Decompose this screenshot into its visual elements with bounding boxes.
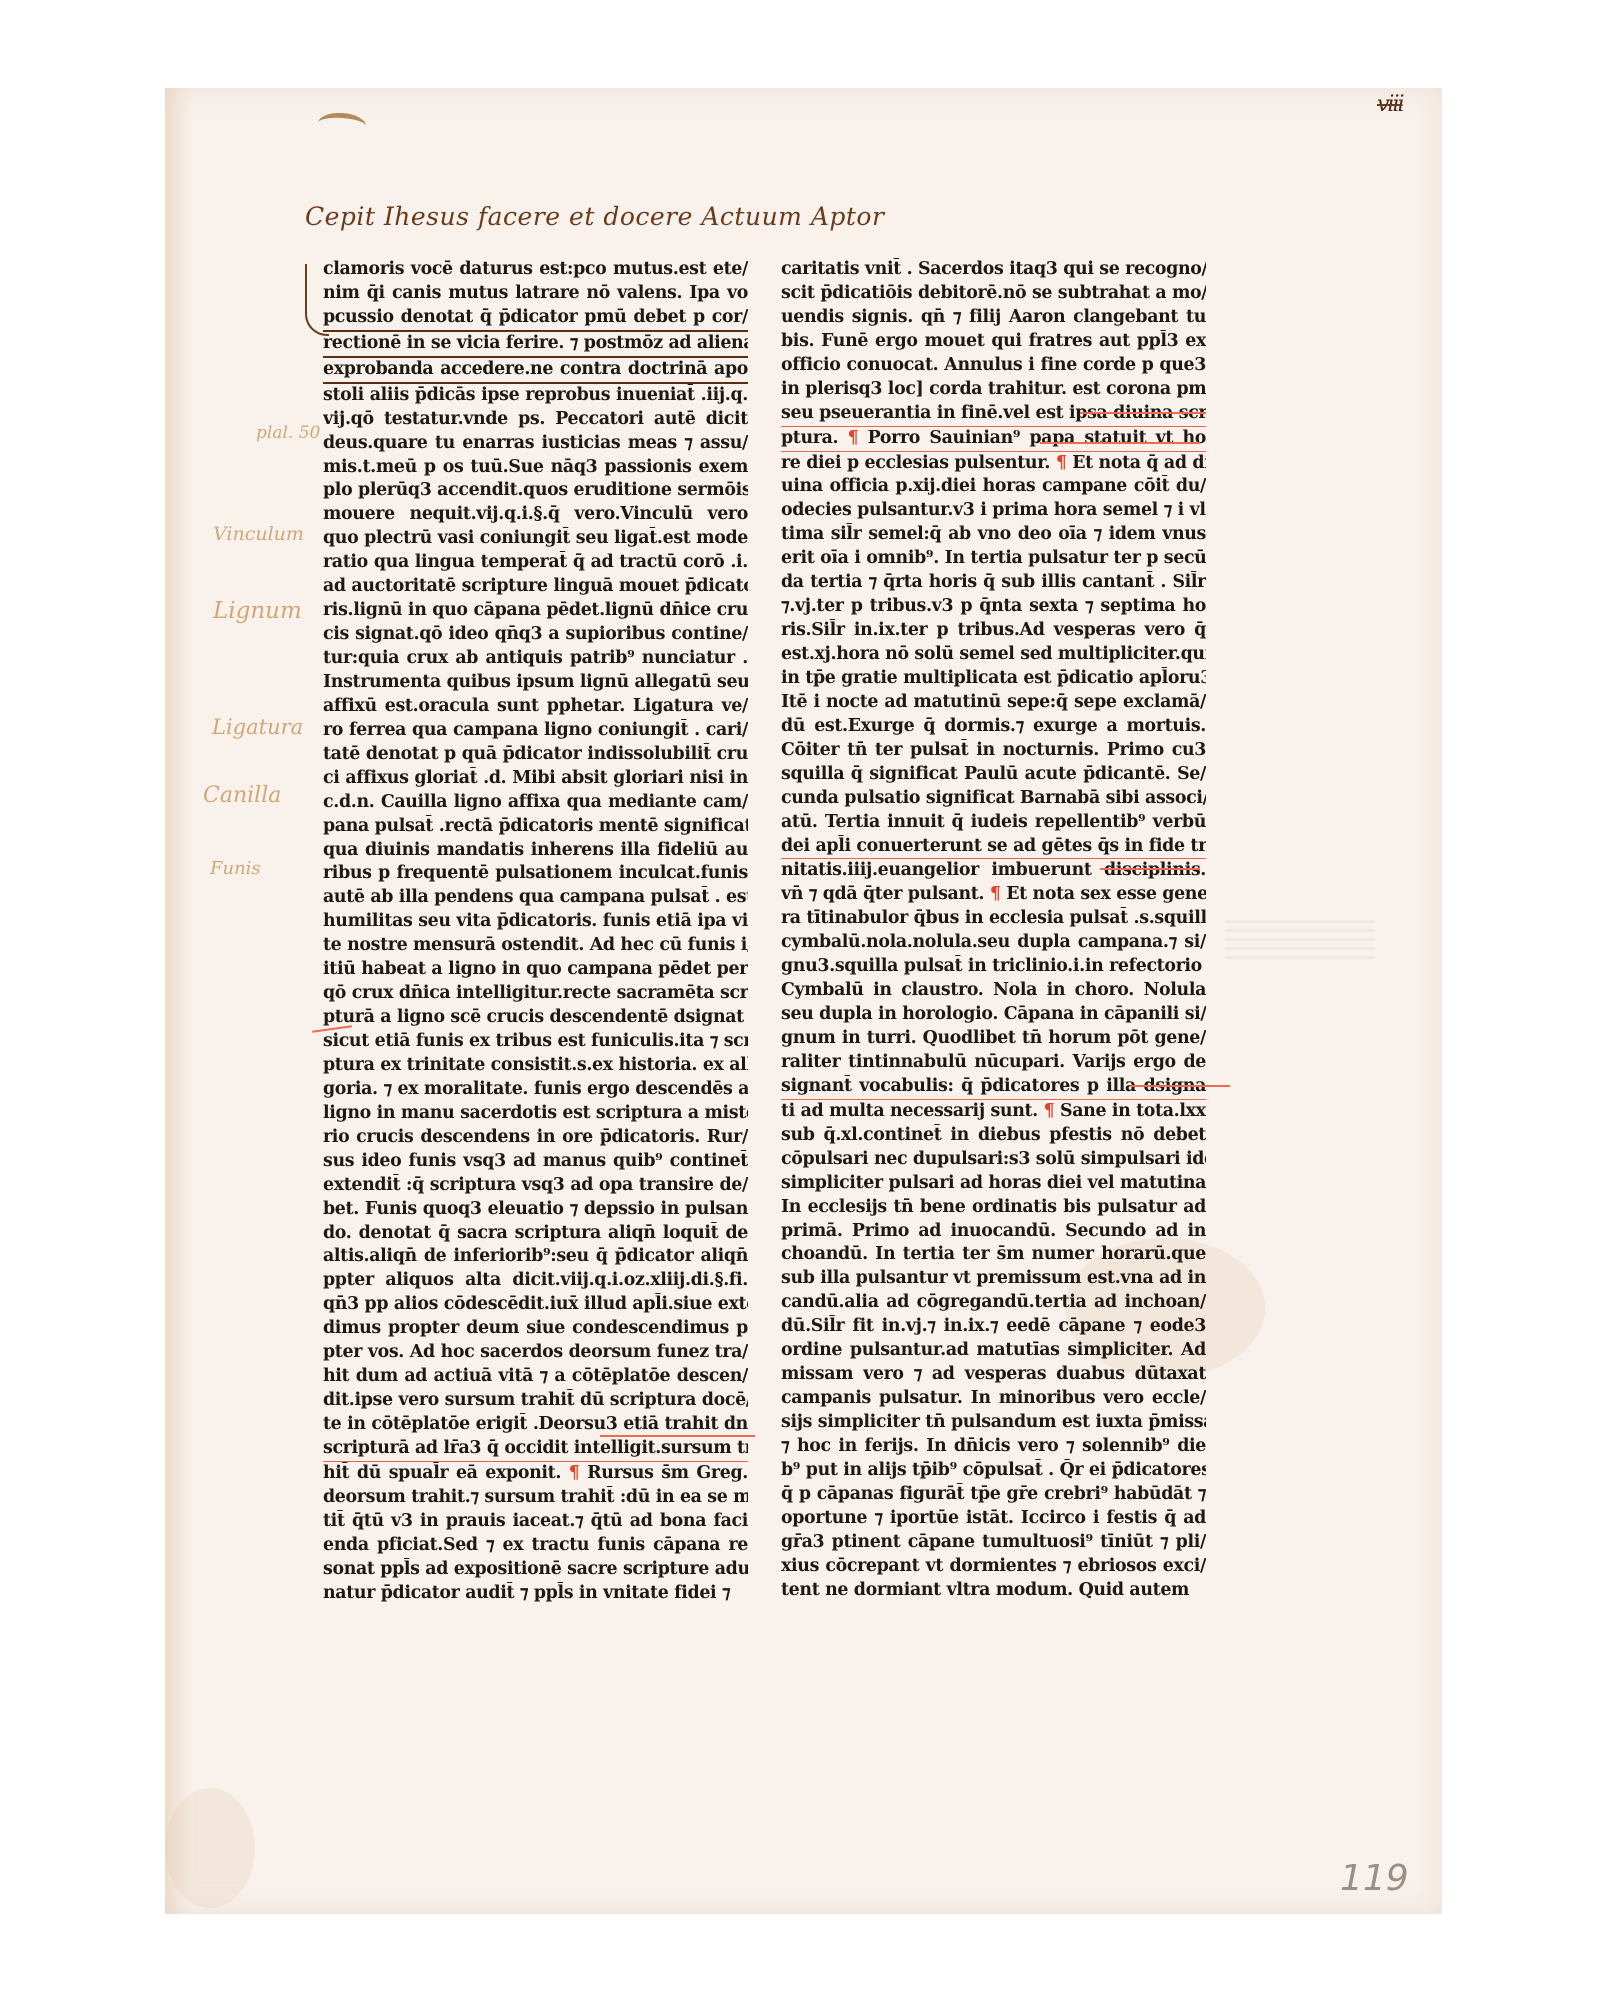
pilcrow-rubric: ¶: [848, 428, 859, 448]
text-line: extendit̄ :q̄ scriptura vsq3 ad opa tran…: [323, 1174, 748, 1198]
text-line: odecies pulsantur.v3 i prima hora semel …: [781, 499, 1206, 523]
text-column-right: caritatis vnit̄ . Sacerdos itaq3 qui se …: [781, 258, 1206, 1603]
text-line: tur:quia crux ab antiquis patrib⁹ nuncia…: [323, 647, 748, 671]
text-line: est.xj.hora nō solū semel sed multiplici…: [781, 643, 1206, 667]
text-line: simpliciter pulsari ad horas diei vel ma…: [781, 1172, 1206, 1196]
text-line: primā. Primo ad inuocandū. Secundo ad in: [781, 1220, 1206, 1244]
text-line: sijs simpliciter tn̄ pulsandum est iuxta…: [781, 1411, 1206, 1435]
text-line: ⁊ hoc in ferijs. In dn̄icis vero ⁊ solen…: [781, 1435, 1206, 1459]
text-line: da tertia ⁊ q̄rta horis q̄ sub illis can…: [781, 571, 1206, 595]
text-line: ratio qua lingua temperat̄ q̄ ad tractū …: [323, 551, 748, 575]
text-line: ribus p frequentē pulsationem inculcat.f…: [323, 862, 748, 886]
text-line: candū.alia ad cōgregandū.tertia ad incho…: [781, 1291, 1206, 1315]
text-line: qua diuinis mandatis inherens illa fidel…: [323, 839, 748, 863]
text-line: pturā a ligno scē crucis descendentē dsi…: [323, 1006, 748, 1030]
text-line: erit oīa i omnib⁹. In tertia pulsatur te…: [781, 547, 1206, 571]
text-line: dimus propter deum siue condescendimus p: [323, 1317, 748, 1341]
text-line: cōpulsari nec dupulsari:s3 solū simpulsa…: [781, 1148, 1206, 1172]
text-line: cis signat.qō ideo qn̄q3 a supioribus co…: [323, 623, 748, 647]
text-line: sus ideo funis vsq3 ad manus quib⁹ conti…: [323, 1150, 748, 1174]
text-line: missam vero ⁊ ad vesperas duabus dūtaxat: [781, 1363, 1206, 1387]
text-line: re diei p ecclesias pulsentur. ¶ Et nota…: [781, 452, 1206, 476]
text-line: ris.lignū in quo cāpana pēdet.lignū dn̄i…: [323, 599, 748, 623]
text-line: xius cōcrepant vt dormientes ⁊ ebriosos …: [781, 1555, 1206, 1579]
text-line: mis.t.meū p os tuū.Sue nāq3 passionis ex…: [323, 456, 748, 480]
text-line: ptura ex trinitate consistit.s.ex histor…: [323, 1054, 748, 1078]
margin-note: Canilla: [203, 783, 281, 808]
folio-number-bottom: 119: [1340, 1858, 1409, 1899]
text-line: ⁊.vj.ter p tribus.v3 p q̄nta sexta ⁊ sep…: [781, 595, 1206, 619]
text-line: scripturā ad lr̄a3 q̄ occidit intelligit…: [323, 1437, 748, 1462]
text-line: squilla q̄ significat Paulū acute p̄dica…: [781, 763, 1206, 787]
text-line: choandū. In tertia ter s̄m numer horarū.…: [781, 1243, 1206, 1267]
text-line: tima sil̄r semel:q̄ ab vno deo oīa ⁊ ide…: [781, 523, 1206, 547]
text-line: officio conuocat. Annulus i fine corde p…: [781, 354, 1206, 378]
text-line: ordine pulsantur.ad matutīas simpliciter…: [781, 1339, 1206, 1363]
text-line: tit̄ q̄tū v3 in prauis iaceat.⁊ q̄tū ad …: [323, 1510, 748, 1534]
margin-note: Funis: [210, 858, 261, 879]
rubric-rule: [1080, 412, 1206, 414]
rubric-rule: [1040, 442, 1200, 444]
text-line: pcussio denotat q̄ p̄dicator pmū debet p…: [323, 306, 748, 332]
text-line: clamoris vocē daturus est:pco mutus.est …: [323, 258, 748, 282]
text-line: ptura. ¶ Porro Sauinian⁹ papa statuit vt…: [781, 427, 1206, 452]
text-line: bet. Funis quoq3 eleuatio ⁊ depssio in p…: [323, 1198, 748, 1222]
text-line: goria. ⁊ ex moralitate. funis ergo desce…: [323, 1078, 748, 1102]
text-line: in tp̄e gratie multiplicata est p̄dicati…: [781, 667, 1206, 691]
text-line: dū.Sil̄r fit in.vj.⁊ in.ix.⁊ eedē cāpane…: [781, 1315, 1206, 1339]
text-line: Itē i nocte ad matutinū sepe:q̄ sepe exc…: [781, 691, 1206, 715]
rubric-rule: [1100, 868, 1200, 870]
text-line: hit̄ dū spual̄r eā exponit. ¶ Rursus s̄m…: [323, 1462, 748, 1486]
text-line: dū est.Exurge q̄ dormis.⁊ exurge a mortu…: [781, 715, 1206, 739]
text-line: uina officia p.xij.diei horas campane cō…: [781, 475, 1206, 499]
text-line: gnum in turri. Quodlibet tn̄ horum pōt g…: [781, 1027, 1206, 1051]
text-line: ra tītinabulor q̄bus in ecclesia pulsat̄…: [781, 907, 1206, 931]
text-line: autē ab illa pendens qua campana pulsat̄…: [323, 886, 748, 910]
text-line: quo plectrū vasi coniungit̄ seu ligat̄.e…: [323, 527, 748, 551]
text-line: ro ferrea qua campana ligno coniungit̄ .…: [323, 719, 748, 743]
text-line: nim q̄i canis mutus latrare nō valens. I…: [323, 282, 748, 306]
text-line: altis.aliqn̄ de inferiorib⁹:seu q̄ p̄dic…: [323, 1245, 748, 1269]
text-line: sicut etiā funis ex tribus est funiculis…: [323, 1030, 748, 1054]
text-line: natur p̄dicator audit̄ ⁊ ppl̄s in vnitat…: [323, 1582, 748, 1606]
text-line: te nostre mensurā ostendit. Ad hec cū fu…: [323, 934, 748, 958]
text-line: exprobanda accedere.ne contra doctrinā a…: [323, 358, 748, 384]
text-line: In ecclesijs tn̄ bene ordinatis bis puls…: [781, 1196, 1206, 1220]
text-line: dei apl̄i conuerterunt se ad gētes q̄s i…: [781, 835, 1206, 860]
margin-note: plal. 50: [256, 423, 320, 443]
text-line: deorsum trahit.⁊ sursum trahit̄ :dū in e…: [323, 1486, 748, 1510]
text-line: sub q̄.xl.continet̄ in diebus pfestis nō…: [781, 1124, 1206, 1148]
text-line: qō crux dn̄ica intelligitur.recte sacram…: [323, 982, 748, 1006]
text-line: dit.ipse vero sursum trahit̄ dū scriptur…: [323, 1389, 748, 1413]
text-line: campanis pulsatur. In minoribus vero ecc…: [781, 1387, 1206, 1411]
text-line: tatē denotat p quā p̄dicator indissolubi…: [323, 743, 748, 767]
text-line: enda pficiat.Sed ⁊ ex tractu funis cāpan…: [323, 1534, 748, 1558]
foxing-stain: [165, 1788, 255, 1908]
text-line: in plerisq3 loc] corda trahitur. est cor…: [781, 378, 1206, 402]
text-line: itiū habeat a ligno in quo campana pēdet…: [323, 958, 748, 982]
folio-number-top: viii: [1377, 92, 1403, 117]
text-line: Cōiter tn̄ ter pulsat̄ in nocturnis. Pri…: [781, 739, 1206, 763]
text-line: hit dum ad actiuā vitā ⁊ a cōtēplatōe de…: [323, 1365, 748, 1389]
text-line: Cymbalū in claustro. Nola in choro. Nolu…: [781, 979, 1206, 1003]
text-line: te in cōtēplatōe erigit̄ .Deorsu3 etiā t…: [323, 1413, 748, 1437]
rubric-rule: [1130, 1085, 1230, 1087]
text-line: c.d.n. Cauilla ligno affixa qua mediante…: [323, 791, 748, 815]
text-line: sub illa pulsantur vt premissum est.vna …: [781, 1267, 1206, 1291]
text-line: vn̄ ⁊ qdā q̄ter pulsant. ¶ Et nota sex e…: [781, 883, 1206, 907]
text-line: vij.qō testatur.vnde ps. Peccatori autē …: [323, 408, 748, 432]
text-line: bis. Funē ergo mouet qui fratres aut ppl…: [781, 330, 1206, 354]
margin-note: Lignum: [213, 598, 302, 624]
text-line: ligno in manu sacerdotis est scriptura a…: [323, 1102, 748, 1126]
manuscript-heading: Cepit Ihesus facere et docere Actuum Apt…: [305, 202, 884, 231]
text-line: plo plerūq3 accendit.quos eruditione ser…: [323, 479, 748, 503]
pilcrow-rubric: ¶: [1056, 453, 1067, 473]
text-line: affixū est.oracula sunt pphetar. Ligatur…: [323, 695, 748, 719]
text-line: ris.Sil̄r in.ix.ter p tribus.Ad vesperas…: [781, 619, 1206, 643]
text-line: rio crucis descendens in ore p̄dicatoris…: [323, 1126, 748, 1150]
text-line: raliter tintinnabulū nūcupari. Varijs er…: [781, 1051, 1206, 1075]
text-line: b⁹ put in alijs tp̄ib⁹ cōpulsat̄ . Q̄r e…: [781, 1459, 1206, 1483]
text-line: pana pulsat̄ .rectā p̄dicatoris mentē si…: [323, 815, 748, 839]
text-line: nitatis.iiij.euangelior imbuerunt discip…: [781, 859, 1206, 883]
text-line: signant̄ vocabulis: q̄ p̄dicatores p ill…: [781, 1075, 1206, 1100]
rubric-rule: [600, 1435, 755, 1437]
text-line: rectionē in se vicia ferire. ⁊ postmōz a…: [323, 332, 748, 358]
text-line: cunda pulsatio significat Barnabā sibi a…: [781, 787, 1206, 811]
margin-note: Ligatura: [212, 715, 303, 739]
text-line: uendis signis. qn̄ ⁊ filij Aaron clangeb…: [781, 306, 1206, 330]
text-line: seu dupla in horologio. Cāpana in cāpani…: [781, 1003, 1206, 1027]
text-line: atū. Tertia innuit q̄ iudeis repellentib…: [781, 811, 1206, 835]
text-line: ad auctoritatē scripture linguā mouet p̄…: [323, 575, 748, 599]
text-line: do. denotat q̄ sacra scriptura aliqn̄ lo…: [323, 1222, 748, 1246]
text-line: oportune ⁊ iportūe istāt. Iccirco i fest…: [781, 1507, 1206, 1531]
margin-note: Vinculum: [213, 523, 304, 545]
text-line: qn̄3 pp alios cōdescēdit.iux̄ illud apl̄…: [323, 1293, 748, 1317]
text-line: caritatis vnit̄ . Sacerdos itaq3 qui se …: [781, 258, 1206, 282]
text-line: q̄ p cāpanas figurāt̄ tp̄e gr̄e crebri⁹ …: [781, 1483, 1206, 1507]
text-line: mouere nequit.vij.q.i.§.q̄ vero.Vinculū …: [323, 503, 748, 527]
text-line: seu pseuerantia in finē.vel est ipsa diu…: [781, 402, 1206, 427]
text-line: tent ne dormiant vltra modum. Quid autem: [781, 1579, 1206, 1603]
text-line: Instrumenta quibus ipsum lignū allegatū …: [323, 671, 748, 695]
pilcrow-rubric: ¶: [1044, 1101, 1055, 1121]
ink-offset: [1225, 920, 1375, 960]
text-line: sonat ppl̄s ad expositionē sacre scriptu…: [323, 1558, 748, 1582]
pilcrow-rubric: ¶: [569, 1463, 580, 1483]
pilcrow-rubric: ¶: [990, 884, 1001, 904]
text-line: cymbalū.nola.nolula.seu dupla campana.⁊ …: [781, 931, 1206, 955]
text-line: stoli aliis p̄dicās ipse reprobus inueni…: [323, 384, 748, 408]
text-line: gnu3.squilla pulsat̄ in triclinio.i.in r…: [781, 955, 1206, 979]
text-line: deus.quare tu enarras iusticias meas ⁊ a…: [323, 432, 748, 456]
text-line: scit p̄dicatiōis debitorē.nō se subtraha…: [781, 282, 1206, 306]
text-line: pter vos. Ad hoc sacerdos deorsum funez …: [323, 1341, 748, 1365]
text-line: gr̄a3 ptinent cāpane tumultuosi⁹ tīniūt …: [781, 1531, 1206, 1555]
text-column-left: clamoris vocē daturus est:pco mutus.est …: [323, 258, 748, 1606]
text-line: ppter aliquos alta dicit.viij.q.i.oz.xli…: [323, 1269, 748, 1293]
text-line: ci affixus gloriat̄ .d. Mibi absit glori…: [323, 767, 748, 791]
text-line: humilitas seu vita p̄dicatoris. funis et…: [323, 910, 748, 934]
text-line: ti ad multa necessarij sunt. ¶ Sane in t…: [781, 1100, 1206, 1124]
